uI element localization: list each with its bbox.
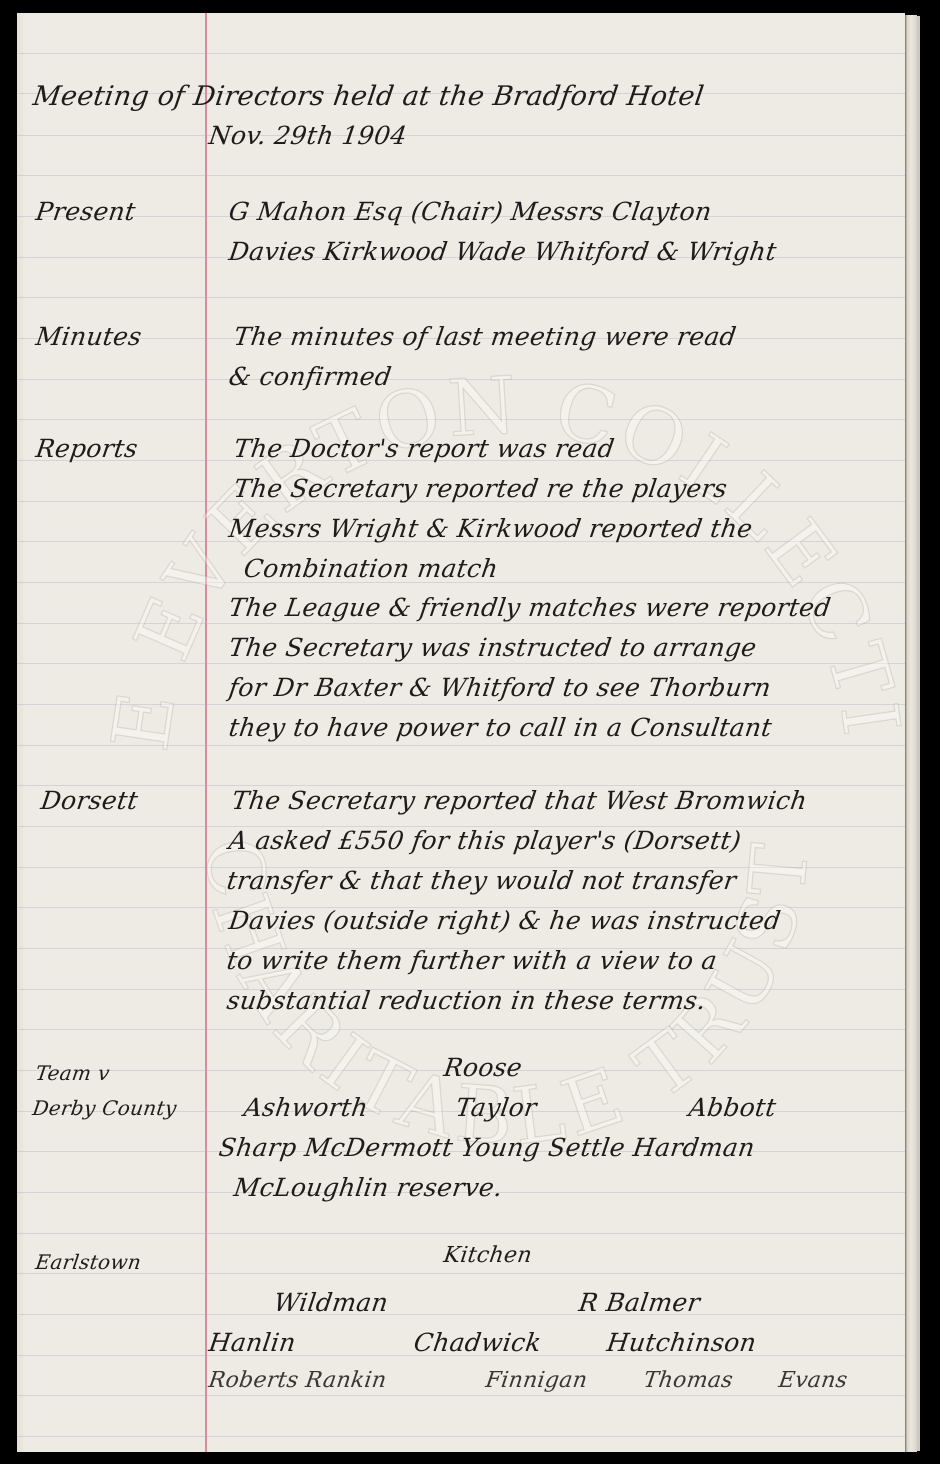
team-player: Ashworth: [242, 1093, 370, 1122]
reports-line: The League & friendly matches were repor…: [227, 593, 833, 622]
meeting-date: Nov. 29th 1904: [207, 121, 409, 150]
ruled-line: [17, 704, 905, 705]
section-label-earlstown: Earlstown: [34, 1250, 143, 1274]
ruled-line: [17, 1233, 905, 1234]
dorsett-line: A asked £550 for this player's (Dorsett): [227, 826, 743, 855]
ruled-line: [17, 53, 905, 54]
minutes-line: & confirmed: [227, 362, 393, 391]
reports-line: Combination match: [242, 554, 500, 583]
reports-line: The Secretary was instructed to arrange: [227, 633, 758, 662]
team-player: Taylor: [454, 1093, 539, 1122]
present-line: G Mahon Esq (Chair) Messrs Clayton: [227, 197, 714, 226]
red-margin-line: [205, 13, 207, 1452]
ruled-line: [17, 1029, 905, 1030]
section-label-derby-county: Derby County: [31, 1096, 178, 1120]
earlstown-player: Chadwick: [412, 1328, 543, 1357]
ruled-line: [17, 297, 905, 298]
team-forwards: Sharp McDermott Young Settle Hardman: [217, 1133, 757, 1162]
reports-line: they to have power to call in a Consulta…: [227, 713, 774, 742]
dorsett-line: Davies (outside right) & he was instruct…: [227, 906, 783, 935]
section-label-reports: Reports: [34, 434, 140, 463]
reports-line: for Dr Baxter & Whitford to see Thorburn: [227, 673, 773, 702]
earlstown-goalkeeper: Kitchen: [442, 1243, 534, 1268]
ruled-line: [17, 135, 905, 136]
ruled-line: [17, 745, 905, 746]
ruled-line: [17, 175, 905, 176]
ruled-line: [17, 1395, 905, 1396]
team-player: Abbott: [687, 1093, 778, 1122]
book-spine-edge: [905, 15, 917, 1452]
ruled-line: [17, 663, 905, 664]
dorsett-line: substantial reduction in these terms.: [225, 986, 708, 1015]
ruled-line: [17, 1314, 905, 1315]
earlstown-player: Wildman: [272, 1288, 390, 1317]
dorsett-line: to write them further with a view to a: [225, 946, 719, 975]
dorsett-line: transfer & that they would not transfer: [225, 866, 738, 895]
earlstown-player: Hanlin: [207, 1328, 298, 1357]
ruled-line: [17, 1436, 905, 1437]
meeting-heading: Meeting of Directors held at the Bradfor…: [31, 81, 706, 112]
ruled-line: [17, 379, 905, 380]
earlstown-player: Thomas: [642, 1368, 735, 1393]
book-facing-page-edge: [917, 16, 920, 1451]
ruled-line: [17, 1273, 905, 1274]
team-goalkeeper: Roose: [442, 1053, 524, 1082]
earlstown-player: R Balmer: [577, 1288, 702, 1317]
earlstown-player: Hutchinson: [605, 1328, 758, 1357]
section-label-team: Team v: [34, 1061, 111, 1085]
earlstown-player: Finnigan: [484, 1368, 589, 1393]
dorsett-line: The Secretary reported that West Bromwic…: [230, 786, 809, 815]
present-line: Davies Kirkwood Wade Whitford & Wright: [227, 237, 778, 266]
reports-line: Messrs Wright & Kirkwood reported the: [227, 514, 754, 543]
section-label-dorsett: Dorsett: [39, 786, 140, 815]
ruled-line: [17, 419, 905, 420]
earlstown-player: Evans: [777, 1368, 849, 1393]
reports-line: The Secretary reported re the players: [232, 474, 729, 503]
earlstown-player: Roberts Rankin: [207, 1368, 388, 1393]
section-label-minutes: Minutes: [34, 322, 144, 351]
ruled-line: [17, 623, 905, 624]
team-reserve: McLoughlin reserve.: [232, 1173, 504, 1202]
minute-book-page: THE EVERTON COLLECTION CHARITABLE TRUST …: [17, 13, 905, 1452]
section-label-present: Present: [34, 197, 138, 226]
minutes-line: The minutes of last meeting were read: [232, 322, 738, 351]
reports-line: The Doctor's report was read: [232, 434, 616, 463]
